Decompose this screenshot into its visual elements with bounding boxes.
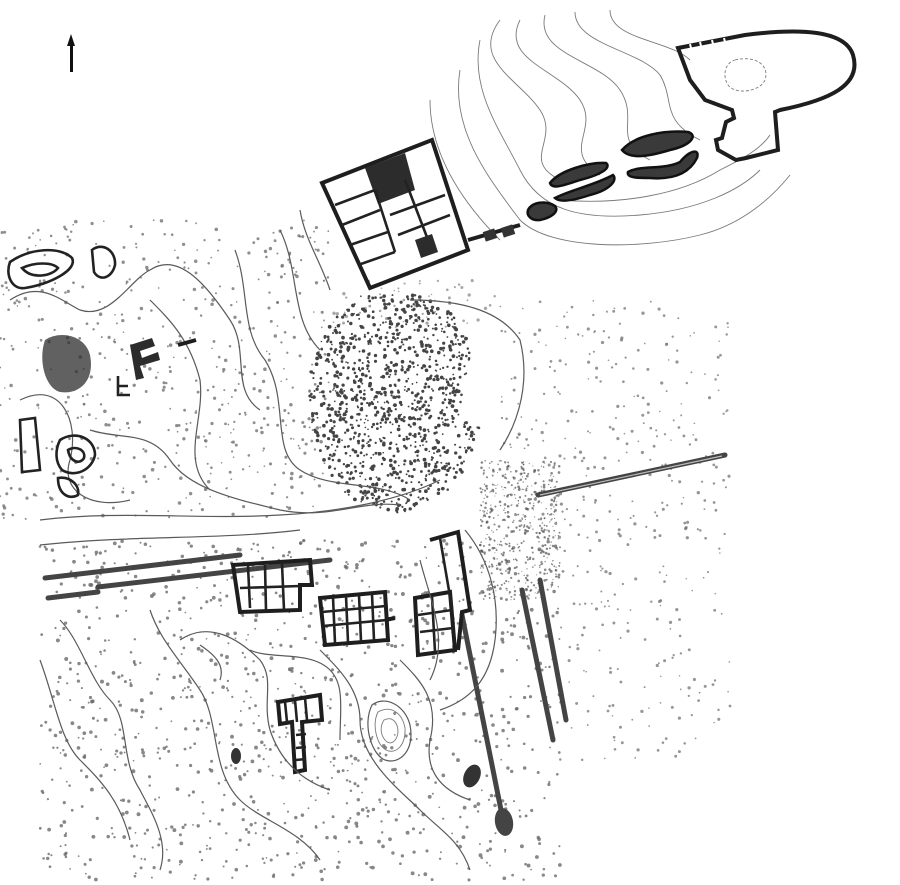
north-arrow-icon — [67, 34, 75, 72]
square-palace — [322, 140, 520, 288]
site-plan-map — [0, 0, 900, 885]
south-mound — [231, 701, 515, 837]
lower-complex — [233, 532, 470, 655]
contours-citadel-hill — [430, 10, 790, 245]
scree-mound — [308, 294, 561, 601]
west-ruins — [8, 247, 196, 497]
stipple-ground — [0, 219, 731, 881]
citadel-enclosure — [678, 32, 855, 160]
